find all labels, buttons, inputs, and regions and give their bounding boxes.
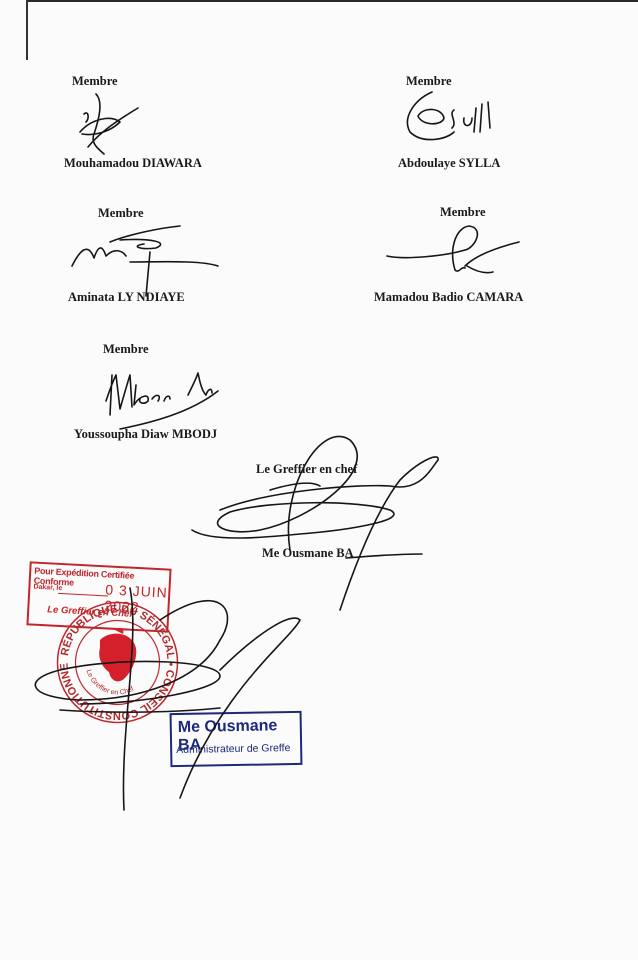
signature-camara bbox=[385, 222, 525, 282]
member-name: Aminata LY NDIAYE bbox=[68, 290, 185, 305]
signature-diawara bbox=[60, 92, 160, 162]
signature-over-stamp bbox=[20, 580, 310, 810]
signature-mbodj bbox=[100, 365, 230, 435]
member-name: Mamadou Badio CAMARA bbox=[374, 290, 523, 305]
signature-ly-ndiaye bbox=[70, 222, 230, 292]
member-title: Membre bbox=[103, 342, 149, 357]
member-title: Membre bbox=[72, 74, 118, 89]
page-edge bbox=[26, 0, 28, 60]
member-name: Abdoulaye SYLLA bbox=[398, 156, 500, 171]
signature-sylla bbox=[402, 88, 512, 148]
member-title: Membre bbox=[406, 74, 452, 89]
member-title: Membre bbox=[440, 205, 486, 220]
page-edge bbox=[26, 0, 638, 2]
member-title: Membre bbox=[98, 206, 144, 221]
member-name: Mouhamadou DIAWARA bbox=[64, 156, 202, 171]
